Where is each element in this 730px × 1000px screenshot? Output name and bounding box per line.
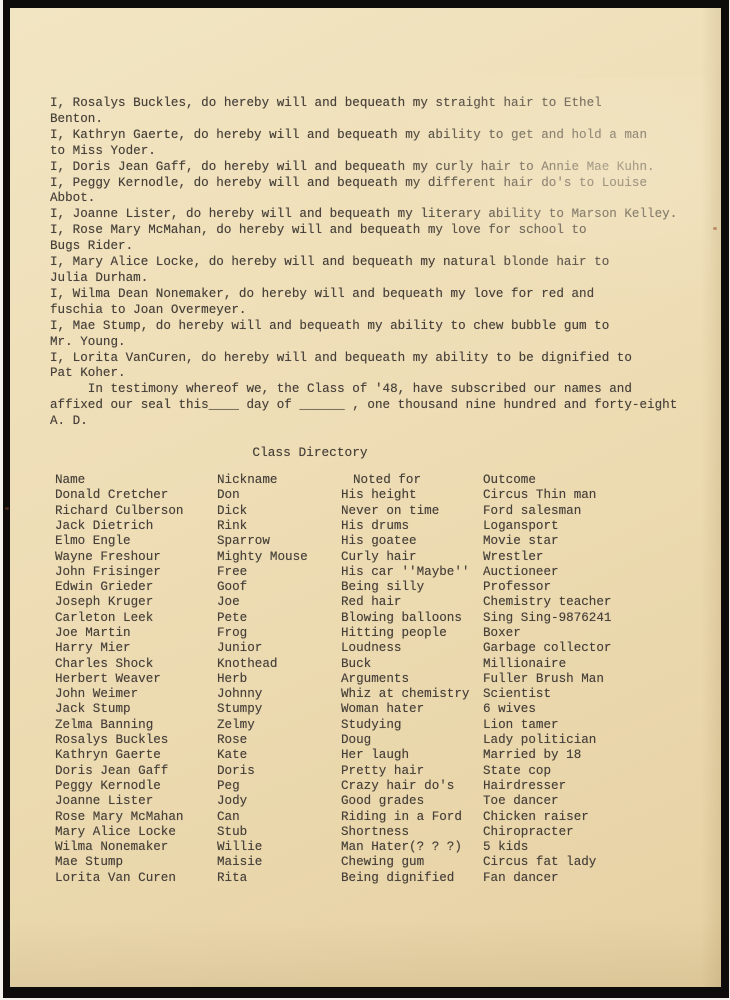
directory-title: Class Directory: [50, 445, 570, 461]
name-cell: Jack Dietrich: [55, 519, 217, 534]
name-cell: Carleton Leek: [55, 611, 217, 626]
noted-for-cell: Pretty hair: [341, 764, 483, 779]
directory-column-header: Name: [55, 473, 217, 488]
noted-for-cell: Man Hater(? ? ?): [341, 840, 483, 855]
nickname-cell: Rose: [217, 733, 341, 748]
noted-for-cell: Crazy hair do's: [341, 779, 483, 794]
name-cell: John Weimer: [55, 687, 217, 702]
outcome-cell: Fan dancer: [483, 871, 695, 886]
directory-row: Jack Stump Stumpy Woman hater 6 wives: [55, 702, 695, 717]
directory-row: Mary Alice Locke Stub Shortness Chiropra…: [55, 825, 695, 840]
noted-for-cell: Riding in a Ford: [341, 810, 483, 825]
name-cell: John Frisinger: [55, 565, 217, 580]
outcome-cell: Scientist: [483, 687, 695, 702]
outcome-cell: 5 kids: [483, 840, 695, 855]
outcome-cell: Chicken raiser: [483, 810, 695, 825]
outcome-cell: Sing Sing-9876241: [483, 611, 695, 626]
nickname-cell: Knothead: [217, 657, 341, 672]
outcome-cell: Chiropracter: [483, 825, 695, 840]
nickname-cell: Junior: [217, 641, 341, 656]
photo-frame: I, Rosalys Buckles, do hereby will and b…: [3, 0, 729, 998]
outcome-cell: Circus Thin man: [483, 488, 695, 503]
name-cell: Peggy Kernodle: [55, 779, 217, 794]
directory-row: Elmo Engle Sparrow His goatee Movie star: [55, 534, 695, 549]
will-line: to Miss Yoder.: [50, 144, 695, 160]
will-line: affixed our seal this____ day of ______ …: [50, 398, 695, 414]
name-cell: Wilma Nonemaker: [55, 840, 217, 855]
directory-row: Joanne Lister Jody Good grades Toe dance…: [55, 794, 695, 809]
nickname-cell: Zelmy: [217, 718, 341, 733]
will-line: I, Wilma Dean Nonemaker, do hereby will …: [50, 287, 695, 303]
noted-for-cell: His height: [341, 488, 483, 503]
nickname-cell: Jody: [217, 794, 341, 809]
name-cell: Mae Stump: [55, 855, 217, 870]
nickname-cell: Pete: [217, 611, 341, 626]
nickname-cell: Stumpy: [217, 702, 341, 717]
noted-for-cell: Shortness: [341, 825, 483, 840]
noted-for-cell: Arguments: [341, 672, 483, 687]
directory-row: John Frisinger Free His car ''Maybe'' Au…: [55, 565, 695, 580]
outcome-cell: Hairdresser: [483, 779, 695, 794]
name-cell: Joseph Kruger: [55, 595, 217, 610]
directory-row: Peggy Kernodle Peg Crazy hair do's Haird…: [55, 779, 695, 794]
outcome-cell: Millionaire: [483, 657, 695, 672]
outcome-cell: Logansport: [483, 519, 695, 534]
noted-for-cell: Blowing balloons: [341, 611, 483, 626]
name-cell: Mary Alice Locke: [55, 825, 217, 840]
noted-for-cell: Chewing gum: [341, 855, 483, 870]
name-cell: Rose Mary McMahan: [55, 810, 217, 825]
name-cell: Elmo Engle: [55, 534, 217, 549]
nickname-cell: Kate: [217, 748, 341, 763]
outcome-cell: Auctioneer: [483, 565, 695, 580]
outcome-cell: Lion tamer: [483, 718, 695, 733]
nickname-cell: Sparrow: [217, 534, 341, 549]
directory-row: Herbert Weaver Herb Arguments Fuller Bru…: [55, 672, 695, 687]
outcome-cell: 6 wives: [483, 702, 695, 717]
noted-for-cell: Good grades: [341, 794, 483, 809]
nickname-cell: Johnny: [217, 687, 341, 702]
outcome-cell: Ford salesman: [483, 504, 695, 519]
nickname-cell: Goof: [217, 580, 341, 595]
will-line: In testimony whereof we, the Class of '4…: [50, 382, 695, 398]
directory-row: Wilma Nonemaker Willie Man Hater(? ? ?) …: [55, 840, 695, 855]
directory-row: Donald Cretcher Don His height Circus Th…: [55, 488, 695, 503]
nickname-cell: Peg: [217, 779, 341, 794]
will-line: I, Mary Alice Locke, do hereby will and …: [50, 255, 695, 271]
name-cell: Edwin Grieder: [55, 580, 217, 595]
directory-column-header: Outcome: [483, 473, 695, 488]
directory-row: Richard Culberson Dick Never on time For…: [55, 504, 695, 519]
nickname-cell: Frog: [217, 626, 341, 641]
name-cell: Doris Jean Gaff: [55, 764, 217, 779]
directory-row: Rosalys Buckles Rose Doug Lady politicia…: [55, 733, 695, 748]
nickname-cell: Mighty Mouse: [217, 550, 341, 565]
nickname-cell: Can: [217, 810, 341, 825]
will-line: I, Rose Mary McMahan, do hereby will and…: [50, 223, 695, 239]
noted-for-cell: Whiz at chemistry: [341, 687, 483, 702]
name-cell: Lorita Van Curen: [55, 871, 217, 886]
noted-for-cell: Woman hater: [341, 702, 483, 717]
outcome-cell: Married by 18: [483, 748, 695, 763]
nickname-cell: Doris: [217, 764, 341, 779]
will-line: I, Kathryn Gaerte, do hereby will and be…: [50, 128, 695, 144]
name-cell: Herbert Weaver: [55, 672, 217, 687]
directory-header-row: Name Nickname Noted for Outcome: [55, 473, 695, 488]
noted-for-cell: Being silly: [341, 580, 483, 595]
name-cell: Rosalys Buckles: [55, 733, 217, 748]
directory-table: Name Nickname Noted for Outcome Donald C…: [55, 473, 695, 886]
noted-for-cell: Studying: [341, 718, 483, 733]
noted-for-cell: Hitting people: [341, 626, 483, 641]
will-line: Benton.: [50, 112, 695, 128]
name-cell: Zelma Banning: [55, 718, 217, 733]
noted-for-cell: Curly hair: [341, 550, 483, 565]
directory-row: Carleton Leek Pete Blowing balloons Sing…: [55, 611, 695, 626]
will-line: fuschia to Joan Overmeyer.: [50, 303, 695, 319]
will-line: I, Joanne Lister, do hereby will and beq…: [50, 207, 695, 223]
outcome-cell: Circus fat lady: [483, 855, 695, 870]
name-cell: Donald Cretcher: [55, 488, 217, 503]
class-will-section: I, Rosalys Buckles, do hereby will and b…: [50, 96, 695, 430]
directory-row: Wayne Freshour Mighty Mouse Curly hair W…: [55, 550, 695, 565]
name-cell: Kathryn Gaerte: [55, 748, 217, 763]
name-cell: Richard Culberson: [55, 504, 217, 519]
will-line: Mr. Young.: [50, 335, 695, 351]
paper-speck: [713, 227, 717, 230]
will-line: I, Mae Stump, do hereby will and bequeat…: [50, 319, 695, 335]
nickname-cell: Joe: [217, 595, 341, 610]
directory-row: Edwin Grieder Goof Being silly Professor: [55, 580, 695, 595]
directory-row: Lorita Van Curen Rita Being dignified Fa…: [55, 871, 695, 886]
will-line: Bugs Rider.: [50, 239, 695, 255]
directory-row: Joe Martin Frog Hitting people Boxer: [55, 626, 695, 641]
will-line: I, Lorita VanCuren, do hereby will and b…: [50, 351, 695, 367]
directory-row: Joseph Kruger Joe Red hair Chemistry tea…: [55, 595, 695, 610]
nickname-cell: Rink: [217, 519, 341, 534]
directory-row: Doris Jean Gaff Doris Pretty hair State …: [55, 764, 695, 779]
noted-for-cell: Doug: [341, 733, 483, 748]
outcome-cell: State cop: [483, 764, 695, 779]
noted-for-cell: His goatee: [341, 534, 483, 549]
noted-for-cell: Her laugh: [341, 748, 483, 763]
noted-for-cell: His drums: [341, 519, 483, 534]
scanned-page: I, Rosalys Buckles, do hereby will and b…: [10, 8, 721, 987]
name-cell: Charles Shock: [55, 657, 217, 672]
directory-column-header: Noted for: [341, 473, 483, 488]
directory-row: John Weimer Johnny Whiz at chemistry Sci…: [55, 687, 695, 702]
name-cell: Joanne Lister: [55, 794, 217, 809]
name-cell: Jack Stump: [55, 702, 217, 717]
outcome-cell: Wrestler: [483, 550, 695, 565]
outcome-cell: Toe dancer: [483, 794, 695, 809]
outcome-cell: Garbage collector: [483, 641, 695, 656]
noted-for-cell: Red hair: [341, 595, 483, 610]
outcome-cell: Movie star: [483, 534, 695, 549]
directory-row: Harry Mier Junior Loudness Garbage colle…: [55, 641, 695, 656]
outcome-cell: Chemistry teacher: [483, 595, 695, 610]
directory-row: Kathryn Gaerte Kate Her laugh Married by…: [55, 748, 695, 763]
paper-speck: [5, 507, 9, 510]
directory-rows: Donald Cretcher Don His height Circus Th…: [55, 488, 695, 886]
will-line: I, Rosalys Buckles, do hereby will and b…: [50, 96, 695, 112]
name-cell: Wayne Freshour: [55, 550, 217, 565]
directory-row: Zelma Banning Zelmy Studying Lion tamer: [55, 718, 695, 733]
will-line: Abbot.: [50, 191, 695, 207]
will-line: A. D.: [50, 414, 695, 430]
outcome-cell: Fuller Brush Man: [483, 672, 695, 687]
nickname-cell: Rita: [217, 871, 341, 886]
nickname-cell: Willie: [217, 840, 341, 855]
outcome-cell: Professor: [483, 580, 695, 595]
nickname-cell: Herb: [217, 672, 341, 687]
noted-for-cell: His car ''Maybe'': [341, 565, 483, 580]
nickname-cell: Dick: [217, 504, 341, 519]
nickname-cell: Don: [217, 488, 341, 503]
noted-for-cell: Never on time: [341, 504, 483, 519]
will-line: I, Peggy Kernodle, do hereby will and be…: [50, 176, 695, 192]
nickname-cell: Stub: [217, 825, 341, 840]
will-line: I, Doris Jean Gaff, do hereby will and b…: [50, 160, 695, 176]
name-cell: Joe Martin: [55, 626, 217, 641]
outcome-cell: Lady politician: [483, 733, 695, 748]
nickname-cell: Free: [217, 565, 341, 580]
directory-row: Jack Dietrich Rink His drums Logansport: [55, 519, 695, 534]
noted-for-cell: Loudness: [341, 641, 483, 656]
outcome-cell: Boxer: [483, 626, 695, 641]
will-line: Pat Koher.: [50, 366, 695, 382]
noted-for-cell: Buck: [341, 657, 483, 672]
directory-row: Charles Shock Knothead Buck Millionaire: [55, 657, 695, 672]
directory-column-header: Nickname: [217, 473, 341, 488]
nickname-cell: Maisie: [217, 855, 341, 870]
name-cell: Harry Mier: [55, 641, 217, 656]
noted-for-cell: Being dignified: [341, 871, 483, 886]
directory-row: Rose Mary McMahan Can Riding in a Ford C…: [55, 810, 695, 825]
directory-row: Mae Stump Maisie Chewing gum Circus fat …: [55, 855, 695, 870]
will-line: Julia Durham.: [50, 271, 695, 287]
